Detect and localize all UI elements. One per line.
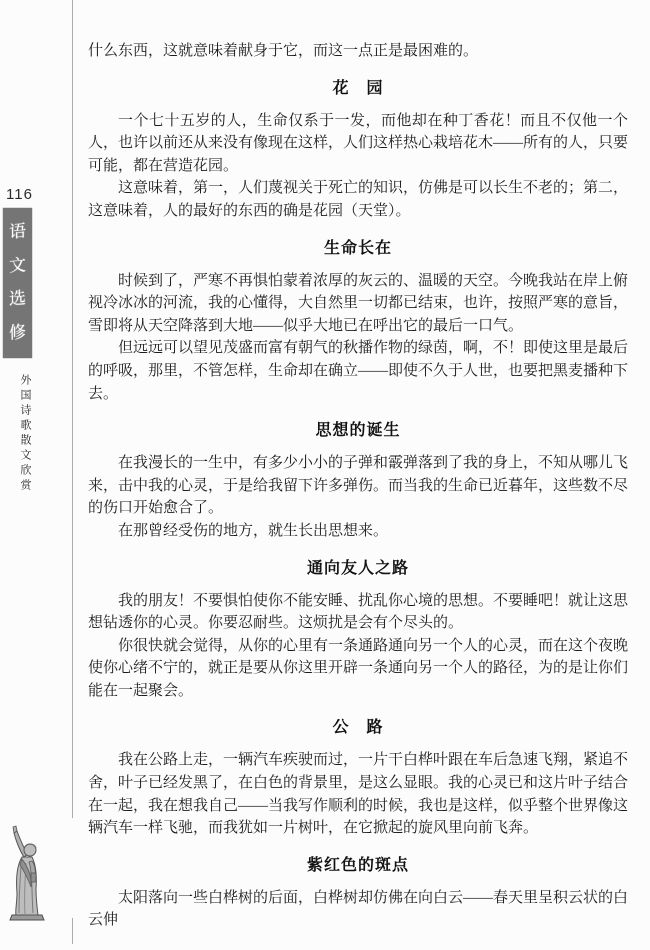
section-title: 思想的诞生 bbox=[88, 417, 628, 440]
section-title: 紫红色的斑点 bbox=[88, 852, 628, 875]
section-paragraph: 但远远可以望见茂盛而富有朝气的秋播作物的绿茵，啊，不！即使这里是最后的呼吸，那里… bbox=[88, 337, 628, 405]
section-title: 公 路 bbox=[88, 714, 628, 737]
section-paragraph: 在我漫长的一生中，有多少小小的子弹和霰弹落到了我的身上，不知从哪儿飞来，击中我的… bbox=[88, 452, 628, 520]
section-paragraph: 我在公路上走，一辆汽车疾驶而过，一片干白桦叶跟在车后急速飞翔，紧追不舍，叶子已经… bbox=[88, 749, 628, 839]
section-paragraph: 太阳落向一些白桦树的后面，白桦树却仿佛在向白云——春天里呈积云状的白云伸 bbox=[88, 887, 628, 932]
section-paragraph: 一个七十五岁的人，生命仅系于一发，而他却在种丁香花！而且不仅他一个人，也许以前还… bbox=[88, 110, 628, 178]
sections: 花 园一个七十五岁的人，生命仅系于一发，而他却在种丁香花！而且不仅他一个人，也许… bbox=[88, 75, 628, 932]
series-title-vertical: 外国诗歌散文欣赏 bbox=[17, 374, 33, 504]
section-paragraph: 这意味着，第一，人们蔑视关于死亡的知识，仿佛是可以长生不老的；第二，这意味着，人… bbox=[88, 177, 628, 222]
sidebar-divider-line-top bbox=[72, 0, 73, 818]
book-title-char: 选 bbox=[9, 290, 26, 309]
section-title: 通向友人之路 bbox=[88, 555, 628, 578]
section-paragraph: 时候到了，严寒不再惧怕蒙着浓厚的灰云的、温暖的天空。今晚我站在岸上俯视冷冰冰的河… bbox=[88, 270, 628, 338]
page-content: 什么东西，这就意味着献身于它，而这一点正是最困难的。 花 园一个七十五岁的人，生… bbox=[88, 40, 628, 932]
section-title: 花 园 bbox=[88, 75, 628, 98]
page-number: 116 bbox=[6, 186, 33, 203]
intro-continuation-paragraph: 什么东西，这就意味着献身于它，而这一点正是最困难的。 bbox=[88, 40, 628, 63]
book-title-block: 语文选修 bbox=[3, 208, 32, 358]
statue-image bbox=[4, 823, 50, 923]
book-title-char: 语 bbox=[9, 224, 26, 243]
section-paragraph: 你很快就会觉得，从你的心里有一条通路通向另一个人的心灵，而在这个夜晚使你心绪不宁… bbox=[88, 635, 628, 703]
book-title-char: 文 bbox=[9, 257, 26, 276]
book-title-char: 修 bbox=[9, 324, 26, 343]
section-title: 生命长在 bbox=[88, 235, 628, 258]
sidebar-divider-line-bottom bbox=[72, 918, 73, 944]
section-paragraph: 在那曾经受伤的地方，就生长出思想来。 bbox=[88, 520, 628, 543]
section-paragraph: 我的朋友！不要惧怕使你不能安睡、扰乱你心境的思想。不要睡吧！就让这思想钻透你的心… bbox=[88, 590, 628, 635]
